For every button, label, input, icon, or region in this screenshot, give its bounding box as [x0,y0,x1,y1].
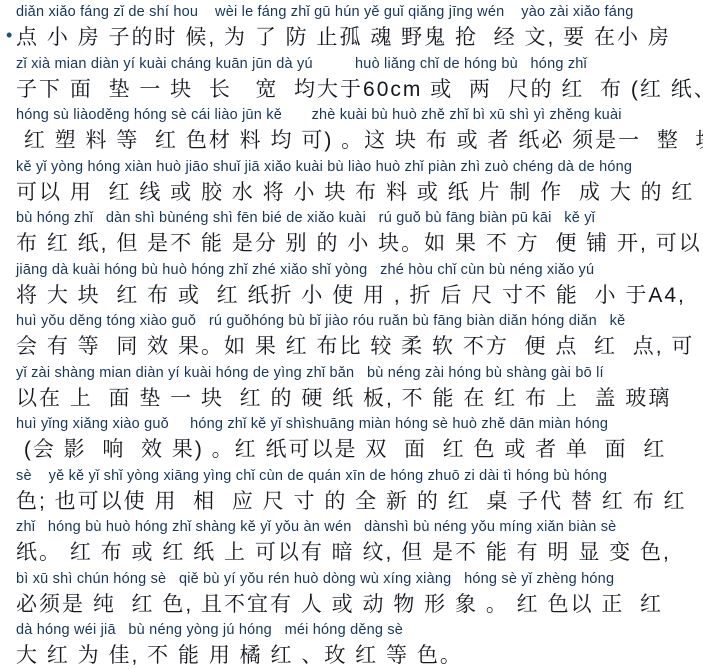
hanzi-line: 子下 面 垫 一 块 长 宽 均大于60cm 或 两 尺的 红 布 (红 纸、 [16,75,703,106]
hanzi-line: 色; 也可以使 用 相 应 尺 寸 的 全 新 的 红 桌 子代 替 红 布 红 [16,487,703,518]
hanzi-line: 大 红 为 佳, 不 能 用 橘 红 、玫 红 等 色。 [16,641,703,669]
hanzi-line: 将 大 块 红 布 或 红 纸折 小 使 用 , 折 后 尺 寸不 能 小 于A… [16,281,703,312]
text-line-pair-6: jiāng dà kuài hóng bù huò hóng zhǐ zhé x… [16,260,703,312]
hanzi-line: 可以 用 红 线 或 胶 水 将 小 块 布 料 或 纸 片 制 作 成 大 的… [16,178,703,209]
pinyin-line: bì xū shì chún hóng sè qiě bù yí yǒu rén… [16,569,703,590]
hanzi-line: (会 影 响 效 果) 。红 纸可以是 双 面 红 色 或 者 单 面 红 [16,435,703,466]
text-line-pair-10: sè yě kě yǐ shǐ yòng xiāng yìng chǐ cùn … [16,466,703,518]
hanzi-line: 纸。 红 布 或 红 纸 上 可以有 暗 纹, 但 是不 能 有 明 显 变 色… [16,538,703,569]
pinyin-line: hóng sù liàoděng hóng sè cái liào jūn kě… [16,105,703,126]
text-line-pair-5: bù hóng zhǐ dàn shì bùnéng shì fēn bié d… [16,208,703,260]
text-line-pair-9: huì yǐng xiǎng xiào guǒ hóng zhǐ kě yǐ s… [16,414,703,466]
text-line-pair-4: kě yǐ yòng hóng xiàn huò jiāo shuǐ jiā x… [16,157,703,209]
pinyin-line: jiāng dà kuài hóng bù huò hóng zhǐ zhé x… [16,260,703,281]
pinyin-line: zǐ xià mian diàn yí kuài cháng kuān jūn … [16,54,703,75]
pinyin-line: dà hóng wéi jiā bù néng yòng jú hóng méi… [16,620,703,641]
text-line-pair-8: yǐ zài shàng mian diàn yí kuài hóng de y… [16,363,703,415]
pinyin-line: huì yǐng xiǎng xiào guǒ hóng zhǐ kě yǐ s… [16,414,703,435]
hanzi-line: 布 红 纸, 但 是不 能 是分 别 的 小 块。如 果 不 方 便 铺 开, … [16,229,703,260]
hanzi-line: 必须是 纯 红 色, 且不宜有 人 或 动 物 形 象 。 红 色以 正 红 [16,590,703,621]
text-line-pair-13: dà hóng wéi jiā bù néng yòng jú hóng méi… [16,620,703,669]
pinyin-line: yǐ zài shàng mian diàn yí kuài hóng de y… [16,363,703,384]
text-line-pair-3: hóng sù liàoděng hóng sè cái liào jūn kě… [16,105,703,157]
hanzi-line: 会 有 等 同 效 果。如 果 红 布比 较 柔 软 不方 便 点 红 点, 可 [16,332,703,363]
pinyin-line: bù hóng zhǐ dàn shì bùnéng shì fēn bié d… [16,208,703,229]
hanzi-line: 点 小 房 子的时 候, 为 了 防 止孤 魂 野鬼 抢 经 文, 要 在小 房 [16,23,703,54]
text-line-pair-11: zhǐ hóng bù huò hóng zhǐ shàng kě yǐ yǒu… [16,517,703,569]
bullet-icon: • [6,26,12,44]
pinyin-line: sè yě kě yǐ shǐ yòng xiāng yìng chǐ cùn … [16,466,703,487]
text-line-pair-7: huì yǒu děng tóng xiào guǒ rú guǒhóng bù… [16,311,703,363]
text-line-pair-1: • diǎn xiǎo fáng zǐ de shí hou wèi le fá… [16,2,703,54]
pinyin-line: huì yǒu děng tóng xiào guǒ rú guǒhóng bù… [16,311,703,332]
pinyin-line: kě yǐ yòng hóng xiàn huò jiāo shuǐ jiā x… [16,157,703,178]
hanzi-line: 以在 上 面 垫 一 块 红 的 硬 纸 板, 不 能 在 红 布 上 盖 玻璃 [16,384,703,415]
document-page: • diǎn xiǎo fáng zǐ de shí hou wèi le fá… [0,0,703,669]
hanzi-line: 红 塑 料 等 红 色材 料 均 可) 。这 块 布 或 者 纸必 须是一 整 … [16,126,703,157]
text-line-pair-12: bì xū shì chún hóng sè qiě bù yí yǒu rén… [16,569,703,621]
text-line-pair-2: zǐ xià mian diàn yí kuài cháng kuān jūn … [16,54,703,106]
pinyin-line: diǎn xiǎo fáng zǐ de shí hou wèi le fáng… [16,2,703,23]
pinyin-line: zhǐ hóng bù huò hóng zhǐ shàng kě yǐ yǒu… [16,517,703,538]
